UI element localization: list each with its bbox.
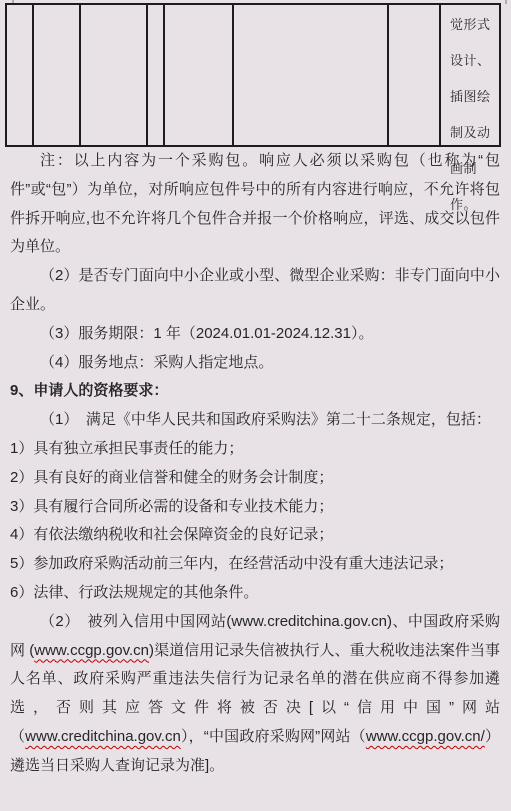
qualification-subitem-6: 6）法律、行政法规规定的其他条件。	[10, 579, 500, 608]
table-cell-empty	[148, 5, 165, 145]
qualification-subitem-5: 5）参加政府采购活动前三年内，在经营活动中没有重大违法记录；	[10, 550, 500, 579]
table-cell-empty	[234, 5, 389, 145]
document-page: 觉形式设计、插图绘制及动画制作。 注：以上内容为一个采购包。响应人必须以采购包（…	[0, 0, 511, 811]
item-4-service-location: （4）服务地点：采购人指定地点。	[10, 349, 500, 378]
table-cell-empty	[165, 5, 234, 145]
qualification-subitem-4: 4）有依法缴纳税收和社会保障资金的良好记录；	[10, 521, 500, 550]
qualification-item-2-credit-blacklist: （2） 被列入信用中国网站(www.creditchina.gov.cn)、中国…	[10, 608, 500, 781]
item-2-text-segment: ），“中国政府采购网”网站（	[181, 728, 366, 745]
table-cell-empty	[81, 5, 148, 145]
item-3-service-period: （3）服务期限：1 年（2024.01.01-2024.12.31）。	[10, 320, 500, 349]
table-cell-empty	[7, 5, 34, 145]
ccgp-url: www.ccgp.gov.cn	[34, 642, 149, 659]
qualification-subitem-3: 3）具有履行合同所必需的设备和专业技术能力；	[10, 493, 500, 522]
creditchina-url: www.creditchina.gov.cn	[25, 728, 181, 745]
item-2-sme-procurement: （2）是否专门面向中小企业或小型、微型企业采购：非专门面向中小企业。	[10, 262, 500, 320]
section-9-heading: 9、申请人的资格要求：	[10, 377, 500, 406]
procurement-package-table: 觉形式设计、插图绘制及动画制作。	[5, 3, 501, 147]
table-cell-empty	[389, 5, 441, 145]
qualification-subitem-2: 2）具有良好的商业信誉和健全的财务会计制度；	[10, 464, 500, 493]
table-cell-service-description: 觉形式设计、插图绘制及动画制作。	[441, 5, 499, 145]
table-cell-empty	[34, 5, 81, 145]
qualification-subitem-1: 1）具有独立承担民事责任的能力；	[10, 435, 500, 464]
table-grid-remnant-right	[505, 0, 507, 4]
qualification-item-1: （1） 满足《中华人民共和国政府采购法》第二十二条规定，包括：	[10, 406, 500, 435]
ccgp-url: www.ccgp.gov.cn/	[366, 728, 485, 745]
package-note: 注：以上内容为一个采购包。响应人必须以采购包（也称为“包件”或“包”）为单位，对…	[10, 147, 500, 262]
document-body: 注：以上内容为一个采购包。响应人必须以采购包（也称为“包件”或“包”）为单位，对…	[0, 147, 511, 781]
